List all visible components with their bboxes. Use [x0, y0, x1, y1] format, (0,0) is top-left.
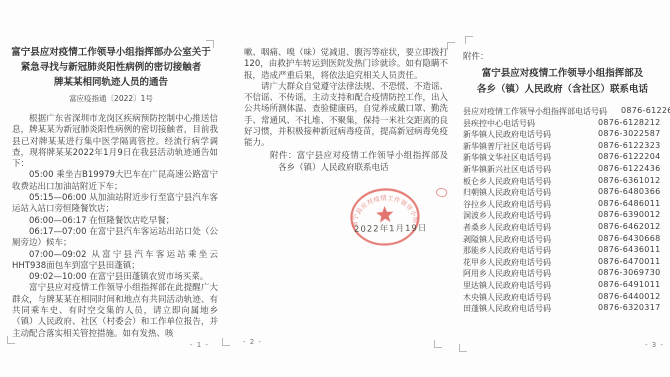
contact-phone-number: 0876-6430668	[598, 234, 660, 243]
attachment-title: 富宁县应对疫情工作领导小组指挥部及 各乡（镇）人民政府（含社区）联系电话	[455, 66, 670, 98]
contact-row: 花甲乡人民政府电话号码 0876-6470011	[463, 257, 670, 269]
contact-phone-number: 0876-6462012	[598, 222, 660, 231]
document-number: 富应疫指通〔2022〕1号	[0, 93, 222, 104]
contact-label: 板仑乡人民政府电话号码	[463, 177, 551, 186]
contact-row: 新华镇文华社区电话号码 0876-6122204	[463, 152, 670, 164]
contact-phone-number: 0876-6486011	[598, 199, 660, 208]
contact-phone-number: 0876-6122628	[621, 106, 670, 115]
contact-phone-number: 0876-6122204	[598, 152, 660, 161]
contact-row: 剥隘镇人民政府电话号码 0876-6430668	[463, 234, 670, 246]
contact-phone-number: 0876-6122323	[598, 141, 660, 150]
notice-body-continued: 嗽、咽痛、嗅（味）觉减退、腹泻等症状，要立即拨打120，由救护车转运到医院发热门…	[244, 0, 448, 174]
seal-star-icon	[376, 206, 394, 223]
contact-label: 归朝镇人民政府电话号码	[463, 188, 551, 197]
page-2-number: - 2 -	[243, 338, 262, 346]
contact-label: 阿用乡人民政府电话号码	[463, 269, 551, 278]
contact-phone-number: 0876-6440012	[598, 292, 660, 301]
public-guidance-paragraph: 请广大群众自觉遵守法律法规、不恐慌、不造谣、不信谣、不传谣，主动支持和配合疫情防…	[244, 82, 448, 150]
continued-paragraph: 嗽、咽痛、嗅（味）觉减退、腹泻等症状，要立即拨打120，由救护车转运到医院发热门…	[244, 48, 448, 82]
page-3-number: - 3 -	[645, 341, 664, 349]
contact-row: 阿用乡人民政府电话号码 0876-3069730	[463, 268, 670, 280]
margin-corner-mark	[7, 336, 15, 344]
timeline-item: 05:00 乘坐吉B19979大巴车在广昆高速公路富宁收费站出口加油站附近下车；	[12, 170, 218, 193]
contact-phone-number: 0876-6470011	[598, 257, 660, 266]
contact-label: 里达镇人民政府电话号码	[463, 281, 551, 290]
contact-row: 洞波乡人民政府电话号码 0876-6390012	[463, 210, 670, 222]
contact-label: 那能乡人民政府电话号码	[463, 246, 551, 255]
notice-title-line-1: 富宁县应对疫情工作领导小组指挥部办公室关于	[0, 45, 222, 60]
notice-title-line-2: 紧急寻找与新冠肺炎阳性病例的密切接触者	[0, 60, 222, 75]
attachment-reference: 附件：富宁县应对疫情工作领导小组指挥部及各乡（镇）人民政府联系电话	[244, 150, 448, 174]
contact-phone-number: 0876-6436011	[598, 245, 660, 254]
contact-row: 县疾控中心电话号码 0876-6128212	[463, 118, 670, 130]
timeline-item: 07:00—09:02 从富宁县汽车客运站乘坐云HHT938面包车到富宁县田蓬镇…	[12, 250, 218, 273]
notice-title: 富宁县应对疫情工作领导小组指挥部办公室关于 紧急寻找与新冠肺炎阳性病例的密切接触…	[0, 45, 222, 90]
contact-label: 洞波乡人民政府电话号码	[463, 211, 551, 220]
margin-corner-mark	[447, 42, 455, 50]
contact-label: 县应对疫情工作领导小组指挥部电话号码	[463, 107, 607, 116]
document-scan-view: 富宁县应对疫情工作领导小组指挥部办公室关于 紧急寻找与新冠肺炎阳性病例的密切接触…	[0, 0, 670, 377]
contact-phone-list: 县应对疫情工作领导小组指挥部电话号码 0876-6122628 县疾控中心电话号…	[455, 106, 670, 315]
contact-label: 木央镇人民政府电话号码	[463, 293, 551, 302]
contact-row: 里达镇人民政府电话号码 0876-6491011	[463, 280, 670, 292]
contact-row: 归朝镇人民政府电话号码 0876-6480366	[463, 187, 670, 199]
margin-corner-mark	[465, 36, 473, 44]
page-1-number: - 1 -	[190, 341, 209, 349]
notice-page-2: 嗽、咽痛、嗅（味）觉减退、腹泻等症状，要立即拨打120，由救护车转运到医院发热门…	[244, 0, 448, 377]
timeline-item: 09:02—10:00 在富宁县田蓬镇农贸市场买菜。	[12, 272, 218, 283]
official-seal: 富宁县应对疫情工作领导小组指挥部	[346, 184, 423, 250]
contact-label: 剥隘镇人民政府电话号码	[463, 235, 551, 244]
contact-row: 新华镇人民政府电话号码 0876-3022587	[463, 129, 670, 141]
margin-corner-mark	[434, 340, 442, 348]
contact-row: 田蓬镇人民政府电话号码 0876-6320317	[463, 303, 670, 315]
contact-phone-number: 0876-3069730	[598, 268, 660, 277]
contact-label: 新华镇普厅社区电话号码	[463, 142, 551, 151]
contact-row: 板仑乡人民政府电话号码 0876-6361012	[463, 176, 670, 188]
contact-label: 新华镇人民政府电话号码	[463, 130, 551, 139]
intro-paragraph: 根据广东省深圳市龙岗区疾病预防控制中心推送信息，牌某某为新冠肺炎阳性病例的密切接…	[12, 114, 218, 170]
contact-phone-number: 0876-6122436	[598, 164, 660, 173]
margin-corner-mark	[459, 344, 467, 352]
reminder-paragraph: 富宁县应对疫情工作领导小组指挥部在此提醒广大群众，与牌某某在相同时间和地点有共同…	[12, 283, 218, 339]
contact-phone-number: 0876-6390012	[598, 210, 660, 219]
contact-row: 新华镇普厅社区电话号码 0876-6122323	[463, 141, 670, 153]
contact-label: 新华镇文华社区电话号码	[463, 153, 551, 162]
contact-phone-number: 0876-6480366	[598, 187, 660, 196]
contact-phone-number: 0876-6320317	[598, 303, 660, 312]
seal-flourish-mark	[435, 186, 448, 198]
contact-label: 田蓬镇人民政府电话号码	[463, 304, 551, 313]
timeline-item: 06:00—06:17 在恒隆餐饮店吃早餐；	[12, 216, 218, 227]
contact-label: 花甲乡人民政府电话号码	[463, 258, 551, 267]
movement-timeline: 05:00 乘坐吉B19979大巴车在广昆高速公路富宁收费站出口加油站附近下车；…	[12, 170, 218, 283]
contact-row: 木央镇人民政府电话号码 0876-6440012	[463, 292, 670, 304]
contact-phone-number: 0876-6491011	[598, 280, 660, 289]
contact-row: 者桑乡人民政府电话号码 0876-6462012	[463, 222, 670, 234]
attachment-title-line-2: 各乡（镇）人民政府（含社区）联系电话	[455, 82, 670, 98]
timeline-item: 06:17—07:00 在富宁县汽车客运站出站口处（公厕旁边）候车；	[12, 227, 218, 250]
issue-date: 2022年1月19日	[354, 221, 454, 235]
contact-phone-number: 0876-6361012	[598, 176, 660, 185]
contact-phone-number: 0876-6128212	[598, 118, 660, 127]
margin-corner-mark	[206, 40, 214, 48]
contact-phone-number: 0876-3022587	[598, 129, 660, 138]
attachment-title-line-1: 富宁县应对疫情工作领导小组指挥部及	[455, 66, 670, 82]
notice-title-line-3: 牌某某相同轨迹人员的通告	[0, 75, 222, 90]
margin-corner-mark	[222, 338, 230, 346]
attachment-label: 附件：	[455, 50, 670, 62]
contact-label: 谷拉乡人民政府电话号码	[463, 200, 551, 209]
contact-row: 谷拉乡人民政府电话号码 0876-6486011	[463, 199, 670, 211]
contact-label: 者桑乡人民政府电话号码	[463, 223, 551, 232]
timeline-item: 05:15—06:00 从加油站附近步行至富宁县汽车客运站入站口旁恒隆餐饮店；	[12, 193, 218, 216]
attachment-page-3: 附件： 富宁县应对疫情工作领导小组指挥部及 各乡（镇）人民政府（含社区）联系电话…	[455, 0, 670, 377]
notice-body: 根据广东省深圳市龙岗区疾病预防控制中心推送信息，牌某某为新冠肺炎阳性病例的密切接…	[0, 104, 222, 340]
contact-label: 新华镇新兴社区电话号码	[463, 165, 551, 174]
contact-row: 县应对疫情工作领导小组指挥部电话号码 0876-6122628	[463, 106, 670, 118]
contact-row: 新华镇新兴社区电话号码 0876-6122436	[463, 164, 670, 176]
contact-row: 那能乡人民政府电话号码 0876-6436011	[463, 245, 670, 257]
notice-page-1: 富宁县应对疫情工作领导小组指挥部办公室关于 紧急寻找与新冠肺炎阳性病例的密切接触…	[0, 0, 222, 377]
contact-label: 县疾控中心电话号码	[463, 119, 535, 128]
